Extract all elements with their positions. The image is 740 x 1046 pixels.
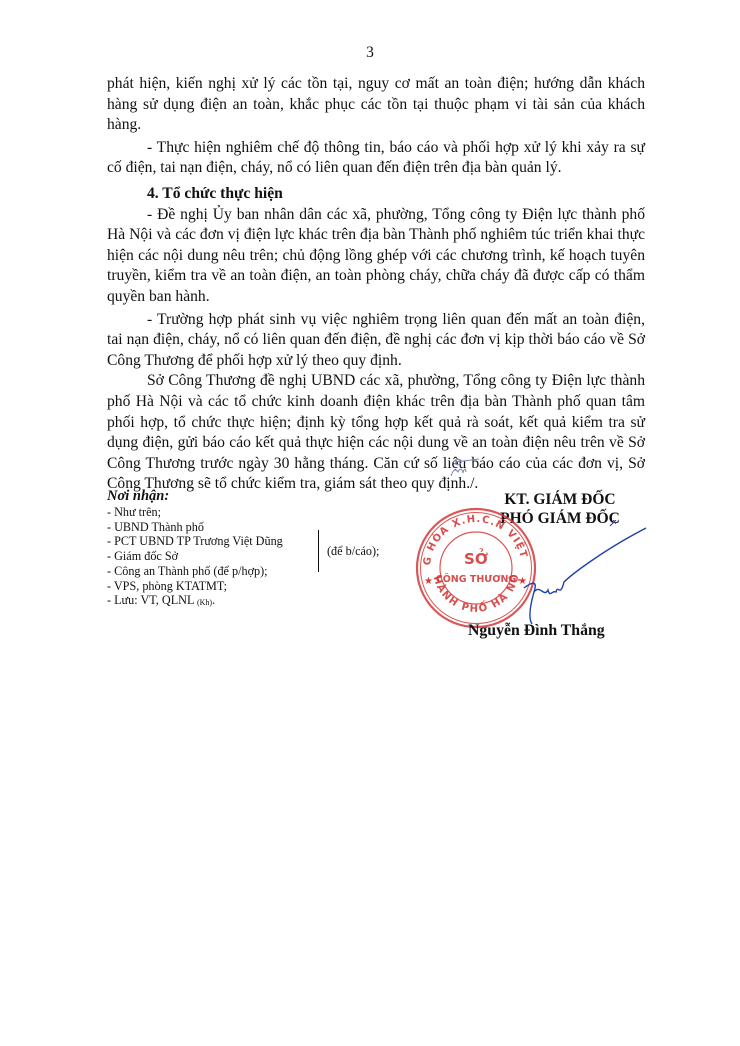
recipient-item: - VPS, phòng KTATMT;	[107, 579, 283, 594]
paragraph-request-ubnd: - Đề nghị Ủy ban nhân dân các xã, phường…	[107, 205, 645, 308]
page-number: 3	[0, 44, 740, 62]
seal-center-line-1: SỞ	[464, 547, 488, 568]
recipient-item: - Giám đốc Sở	[107, 549, 283, 564]
seal-center-line-2: CÔNG THƯƠNG	[436, 573, 517, 585]
recipient-item: - PCT UBND TP Trương Việt Dũng	[107, 534, 283, 549]
recipients-block: Nơi nhận: - Như trên; - UBND Thành phố -…	[107, 488, 283, 611]
recipient-archive-end: .	[212, 593, 215, 607]
section-heading-implementation: 4. Tổ chức thực hiện	[107, 184, 645, 205]
paragraph-reporting: - Thực hiện nghiêm chế độ thông tin, báo…	[107, 138, 645, 179]
recipients-group-bracket	[318, 530, 319, 572]
signer-name: Nguyễn Đình Thắng	[468, 622, 605, 640]
recipient-archive-label: - Lưu: VT, QLNL	[107, 593, 194, 607]
paragraph-closing: Sở Công Thương đề nghị UBND các xã, phườ…	[107, 371, 645, 495]
document-body: phát hiện, kiến nghị xử lý các tồn tại, …	[107, 74, 645, 495]
initials-paraph-icon	[445, 456, 485, 478]
recipient-item: - UBND Thành phố	[107, 520, 283, 535]
recipient-archive-suffix: (Kh)	[197, 598, 212, 607]
recipients-group-note: (để b/cáo);	[327, 544, 379, 559]
recipient-item: - Công an Thành phố (để p/hợp);	[107, 564, 283, 579]
recipients-title: Nơi nhận:	[107, 488, 283, 505]
paragraph-serious-incident: - Trường hợp phát sinh vụ việc nghiêm tr…	[107, 310, 645, 372]
handwritten-signature-icon	[520, 520, 650, 630]
svg-text:★: ★	[424, 576, 433, 587]
paragraph-continuation: phát hiện, kiến nghị xử lý các tồn tại, …	[107, 74, 645, 136]
recipient-item-archive: - Lưu: VT, QLNL (Kh).	[107, 593, 283, 611]
recipient-item: - Như trên;	[107, 505, 283, 520]
